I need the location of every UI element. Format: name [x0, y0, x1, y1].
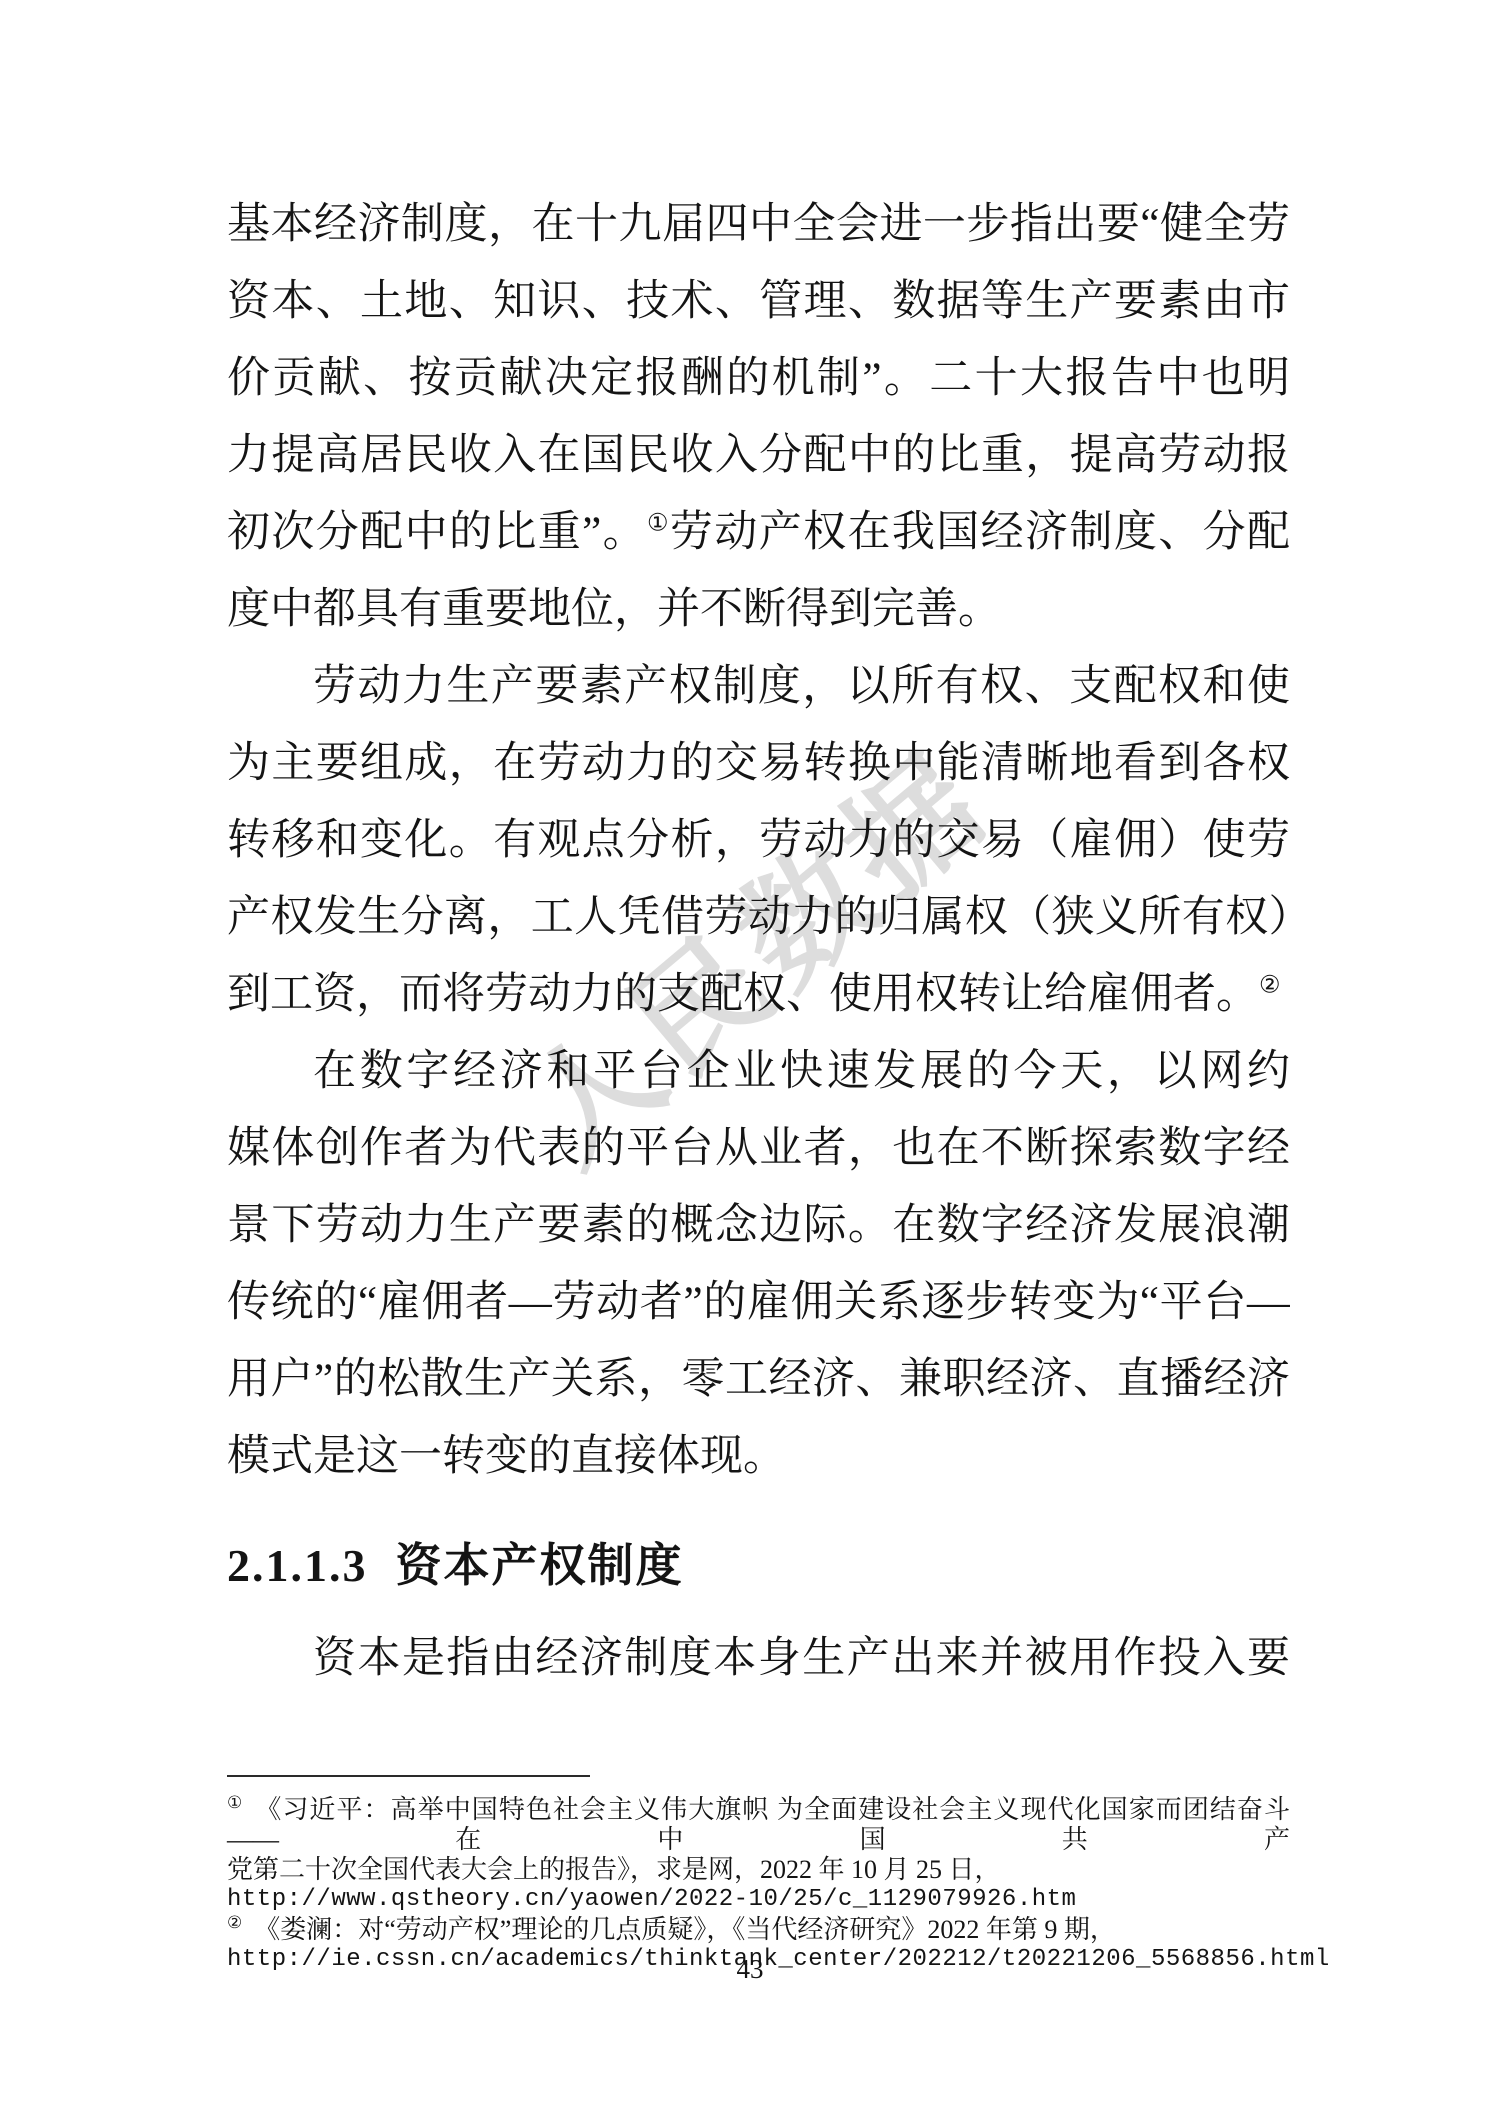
body-line: 劳动力生产要素产权制度，以所有权、支配权和使用权 — [227, 648, 1290, 725]
footnote-line: ①《习近平：高举中国特色社会主义伟大旗帜 为全面建设社会主义现代化国家而团结奋斗… — [227, 1795, 1290, 1855]
body-line: 初次分配中的比重”。①劳动产权在我国经济制度、分配制 — [227, 494, 1290, 571]
body-line: 价贡献、按贡献决定报酬的机制”。二十大报告中也明确“努 — [227, 340, 1290, 417]
section-heading: 2.1.1.3资本产权制度 — [227, 1527, 1290, 1604]
section-title: 资本产权制度 — [396, 1540, 684, 1591]
body-line: 用户”的松散生产关系，零工经济、兼职经济、直播经济等 — [227, 1341, 1290, 1418]
footnote-line: 党第二十次全国代表大会上的报告》，求是网，2022 年 10 月 25 日， — [227, 1855, 1290, 1885]
footnote-text: 《娄澜：对“劳动产权”理论的几点质疑》，《当代经济研究》2022 年第 9 期， — [254, 1915, 1116, 1944]
body-line: 模式是这一转变的直接体现。 — [227, 1418, 1290, 1495]
body-line: 为主要组成，在劳动力的交易转换中能清晰地看到各权属的 — [227, 725, 1290, 802]
document-page: 人民数据 基本经济制度，在十九届四中全会进一步指出要“健全劳动、 资本、土地、知… — [0, 0, 1500, 2121]
body-line: 转移和变化。有观点分析，劳动力的交易（雇佣）使劳动力 — [227, 802, 1290, 879]
body-line: 景下劳动力生产要素的概念边际。在数字经济发展浪潮下， — [227, 1187, 1290, 1264]
body-line: 力提高居民收入在国民收入分配中的比重，提高劳动报酬在 — [227, 417, 1290, 494]
footnote-url: http://www.qstheory.cn/yaowen/2022-10/25… — [227, 1885, 1290, 1915]
body-line: 产权发生分离，工人凭借劳动力的归属权（狭义所有权）得 — [227, 879, 1290, 956]
footnote-marker: ② — [227, 1913, 242, 1932]
body-line: 到工资，而将劳动力的支配权、使用权转让给雇佣者。② — [227, 956, 1290, 1033]
section-number: 2.1.1.3 — [227, 1540, 368, 1591]
footnote-separator — [227, 1775, 590, 1777]
body-line: 资本、土地、知识、技术、管理、数据等生产要素由市场评 — [227, 263, 1290, 340]
body-line: 媒体创作者为代表的平台从业者，也在不断探索数字经济背 — [227, 1110, 1290, 1187]
body-line: 在数字经济和平台企业快速发展的今天，以网约车、自 — [227, 1033, 1290, 1110]
body-line: 资本是指由经济制度本身生产出来并被用作投入要素， — [227, 1620, 1290, 1697]
footnotes: ①《习近平：高举中国特色社会主义伟大旗帜 为全面建设社会主义现代化国家而团结奋斗… — [227, 1775, 1290, 1975]
footnote-line: ②《娄澜：对“劳动产权”理论的几点质疑》，《当代经济研究》2022 年第 9 期… — [227, 1915, 1290, 1945]
page-number: 43 — [0, 1954, 1500, 1984]
body-line: 度中都具有重要地位，并不断得到完善。 — [227, 571, 1290, 648]
body-text: 基本经济制度，在十九届四中全会进一步指出要“健全劳动、 资本、土地、知识、技术、… — [227, 186, 1290, 1697]
footnote-text: 《习近平：高举中国特色社会主义伟大旗帜 为全面建设社会主义现代化国家而团结奋斗—… — [227, 1795, 1290, 1854]
body-line: 基本经济制度，在十九届四中全会进一步指出要“健全劳动、 — [227, 186, 1290, 263]
footnote-marker: ① — [227, 1793, 243, 1812]
body-line: 传统的“雇佣者—劳动者”的雇佣关系逐步转变为“平台— — [227, 1264, 1290, 1341]
